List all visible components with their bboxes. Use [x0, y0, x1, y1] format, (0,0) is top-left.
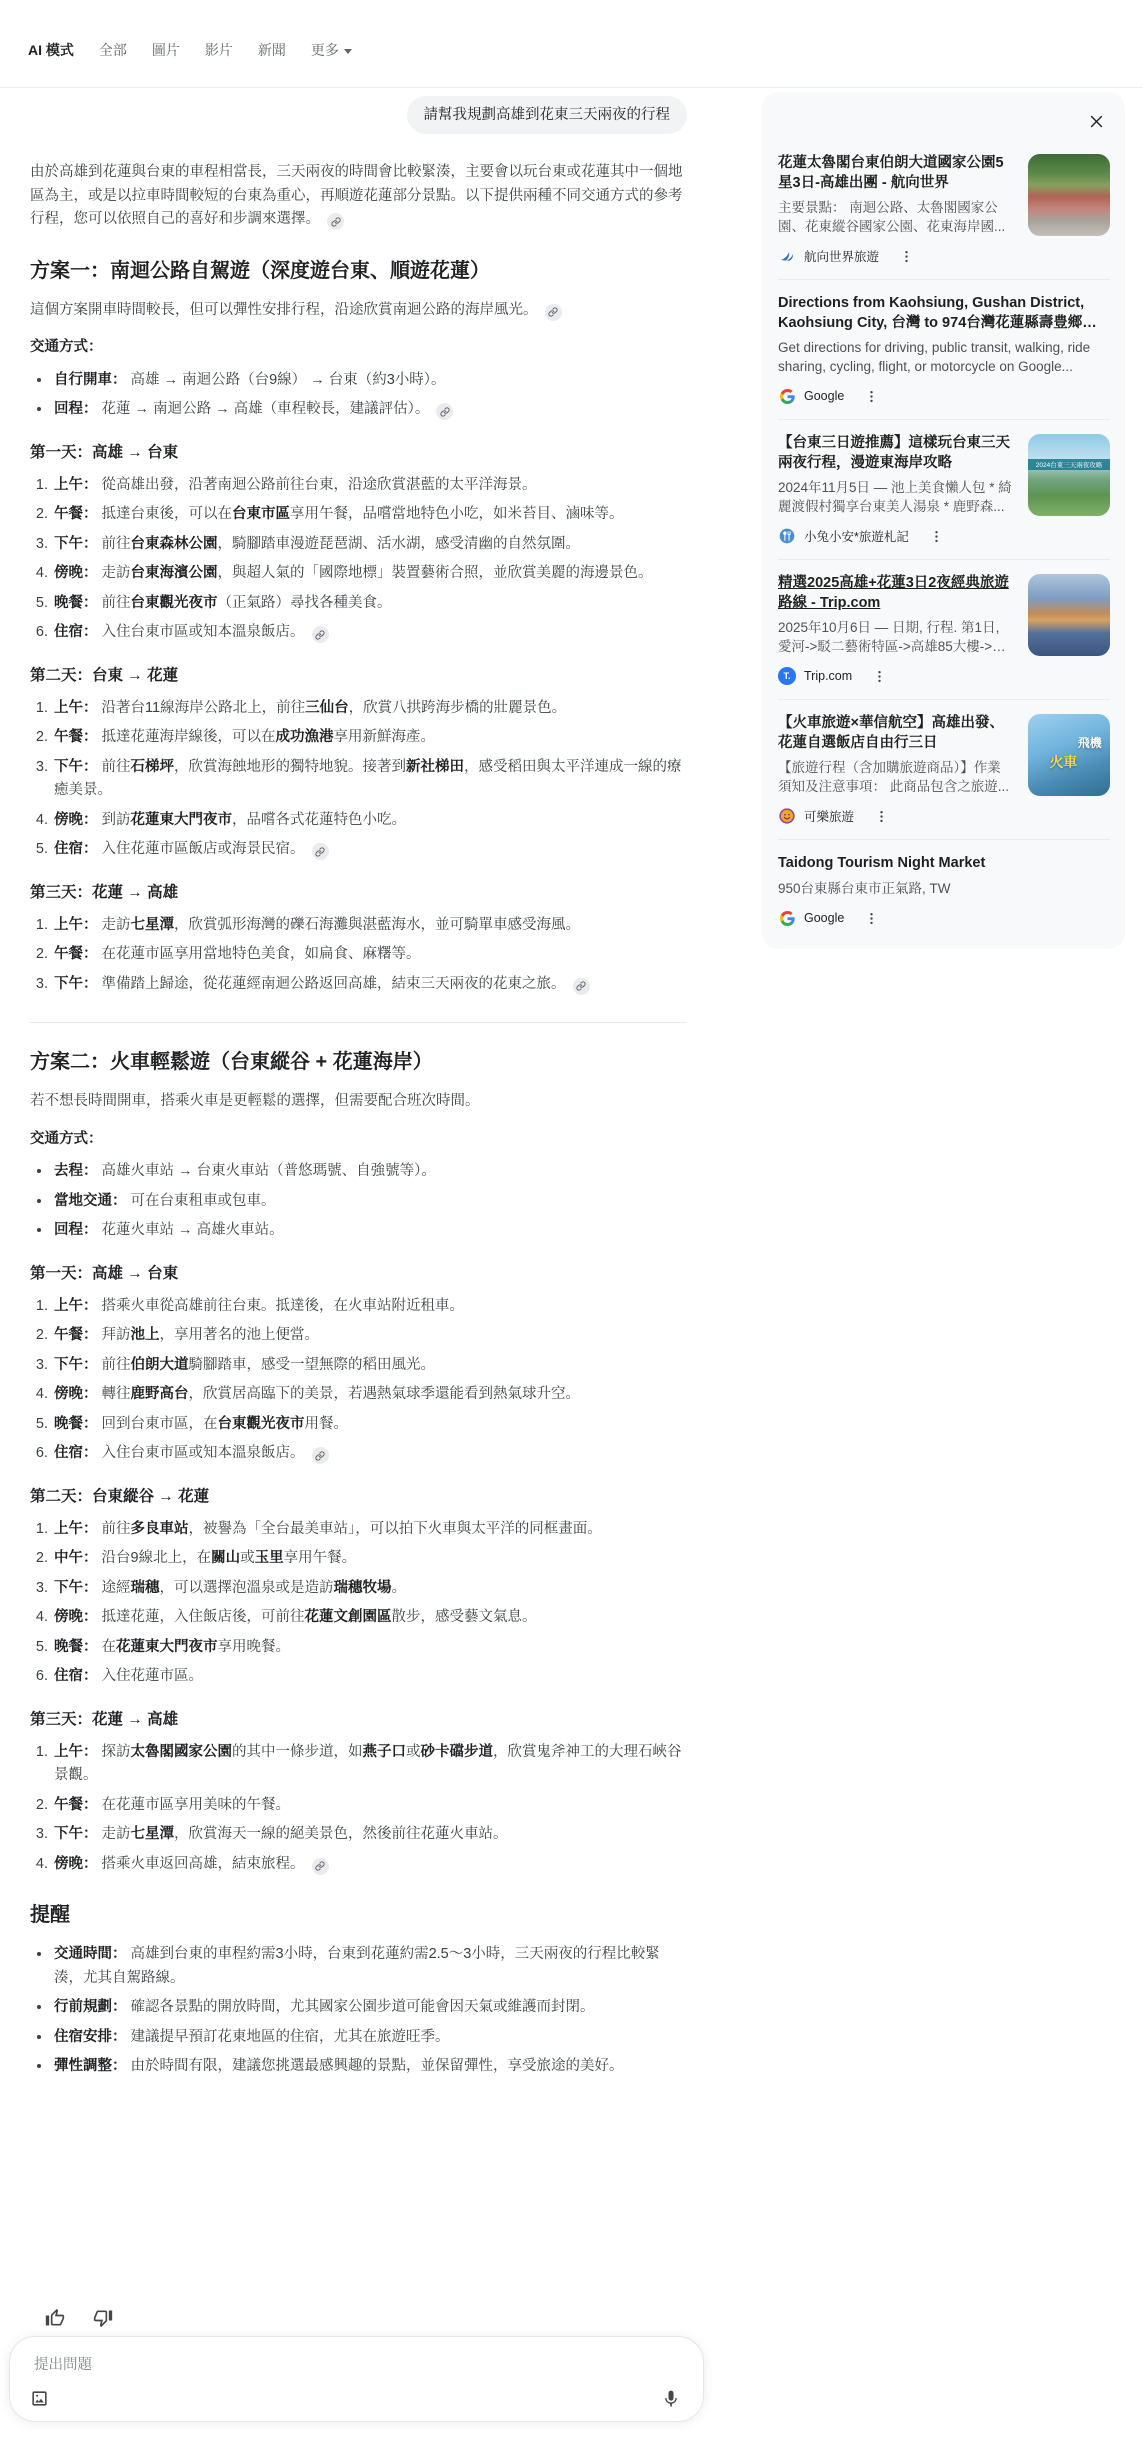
card-source-row: 可樂旅遊: [778, 807, 1014, 825]
bunny-logo-icon: [778, 527, 796, 545]
text: 用餐。: [305, 1416, 349, 1432]
text: 在花蓮市區享用當地特色美食，如扁食、麻糬等。: [98, 946, 421, 962]
list-item: 下午： 準備踏上歸途，從花蓮經南迴公路返回高雄，結束三天兩夜的花東之旅。: [52, 973, 687, 997]
text: ，享用著名的池上便當。: [160, 1327, 320, 1343]
text: 入住台東市區或知本溫泉飯店。: [98, 1445, 305, 1461]
bold-text: 玉里: [255, 1550, 284, 1566]
source-link-icon[interactable]: [312, 626, 329, 643]
text: 入住台東市區或知本溫泉飯店。: [98, 624, 305, 640]
list-item: 午餐： 抵達花蓮海岸線後，可以在成功漁港享用新鮮海產。: [52, 726, 687, 750]
text: 享用晚餐。: [218, 1639, 291, 1655]
bold-text: 台東觀光夜市: [131, 595, 218, 611]
answer: 由於高雄到花蓮與台東的車程相當長，三天兩夜的時間會比較緊湊，主要會以玩台東或花蓮…: [30, 161, 687, 2079]
text: 途經: [98, 1580, 131, 1596]
section-divider: [30, 1022, 687, 1023]
day-heading: 第二天：台東縱谷 → 花蓮: [30, 1486, 687, 1508]
list-item: 下午： 途經瑞穗，可以選擇泡溫泉或是造訪瑞穗牧場。: [52, 1577, 687, 1601]
list-item: 住宿： 入住花蓮市區飯店或海景民宿。: [52, 838, 687, 862]
list-item: 傍晚： 轉往鹿野高台，欣賞居高臨下的美景，若遇熱氣球季還能看到熱氣球升空。: [52, 1383, 687, 1407]
bold-text: 上午：: [54, 477, 98, 493]
text: ，欣賞海天一線的絕美景色，然後前往花蓮火車站。: [174, 1826, 508, 1842]
numbered-list: 上午： 搭乘火車從高雄前往台東。抵達後，在火車站附近租車。午餐： 拜訪池上，享用…: [30, 1295, 687, 1466]
list-item: 傍晚： 抵達花蓮，入住飯店後，可前往花蓮文創園區散步，感受藝文氣息。: [52, 1606, 687, 1630]
bold-text: 住宿：: [54, 1668, 98, 1684]
nav-tab-6[interactable]: 更多: [311, 40, 352, 60]
text: 享用午餐，品嚐當地特色小吃，如米苔目、滷味等。: [290, 506, 624, 522]
card-thumbnail[interactable]: 2024台東三天兩夜攻略: [1028, 434, 1110, 516]
source-name: 航向世界旅遊: [804, 247, 879, 265]
card-source-row: 小兔小安*旅遊札記: [778, 527, 1014, 545]
list-item: 下午： 前往石梯坪，欣賞海蝕地形的獨特地貌。接著到新社梯田，感受稻田與太平洋連成…: [52, 756, 687, 803]
thumbnail-caption: 2024台東三天兩夜攻略: [1028, 459, 1110, 470]
source-name: Google: [804, 911, 844, 925]
bold-text: 傍晚：: [54, 1856, 98, 1872]
text: 。: [392, 1580, 407, 1596]
text: 走訪: [98, 917, 131, 933]
mic-icon[interactable]: [661, 2389, 681, 2409]
card-title[interactable]: 【火車旅遊×華信航空】高雄出發、花蓮自選飯店自由行三日: [778, 714, 1014, 753]
sail-logo-icon: [778, 247, 796, 265]
numbered-list: 上午： 沿著台11線海岸公路北上，前往三仙台，欣賞八拱跨海步橋的壯麗景色。午餐：…: [30, 697, 687, 862]
close-icon[interactable]: [1085, 110, 1107, 132]
text: ，品嚐各式花蓮特色小吃。: [232, 812, 406, 828]
list-item: 傍晚： 搭乘火車返回高雄，結束旅程。: [52, 1853, 687, 1877]
bullet-list: 去程： 高雄火車站 → 台東火車站（普悠瑪號、自強號等）。當地交通： 可在台東租…: [30, 1160, 687, 1243]
text: 享用午餐。: [284, 1550, 357, 1566]
text: 準備踏上歸途，從花蓮經南迴公路返回高雄，結束三天兩夜的花東之旅。: [98, 976, 566, 992]
bold-text: 池上: [131, 1327, 160, 1343]
bold-text: 上午：: [54, 917, 98, 933]
list-item: 住宿： 入住台東市區或知本溫泉飯店。: [52, 621, 687, 645]
list-item: 傍晚： 走訪台東海濱公園，與超人氣的「國際地標」裝置藝術合照，並欣賞美麗的海邊景…: [52, 562, 687, 586]
bold-text: 上午：: [54, 700, 98, 716]
list-item: 行前規劃： 確認各景點的開放時間，尤其國家公園步道可能會因天氣或維護而封閉。: [52, 1996, 687, 2020]
ask-input[interactable]: [32, 2351, 636, 2385]
user-query-bubble: 請幫我規劃高雄到花東三天兩夜的行程: [407, 96, 688, 134]
bold-text: 彈性調整：: [54, 2058, 127, 2074]
bold-text: 晚餐：: [54, 1639, 98, 1655]
card-description: 【旅遊行程（含加購旅遊商品）】作業須知及注意事項： 此商品包含之旅遊...: [778, 759, 1014, 796]
bold-text: 住宿：: [54, 841, 98, 857]
text: 前往: [98, 759, 131, 775]
card-source-row: T.Trip.com: [778, 667, 1014, 685]
list-item: 中午： 沿台9線北上，在關山或玉里享用午餐。: [52, 1547, 687, 1571]
list-item: 上午： 前往多良車站，被譽為「全台最美車站」，可以拍下火車與太平洋的同框畫面。: [52, 1518, 687, 1542]
text: 入住花蓮市區飯店或海景民宿。: [98, 841, 305, 857]
text: ，欣賞居高臨下的美景，若遇熱氣球季還能看到熱氣球升空。: [189, 1386, 581, 1402]
bold-text: 當地交通：: [54, 1193, 127, 1209]
bold-text: 住宿安排：: [54, 2029, 127, 2045]
text: （正氣路）尋找各種美食。: [218, 595, 392, 611]
result-card[interactable]: Taidong Tourism Night Market950台東縣台東市正氣路…: [762, 840, 1125, 941]
source-link-icon[interactable]: [312, 1858, 329, 1875]
bold-text: 成功漁港: [276, 729, 334, 745]
text: 抵達花蓮海岸線後，可以在: [98, 729, 276, 745]
numbered-list: 上午： 前往多良車站，被譽為「全台最美車站」，可以拍下火車與太平洋的同框畫面。中…: [30, 1518, 687, 1689]
bullet-list: 自行開車： 高雄 → 南迴公路（台9線） → 台東（約3小時）。回程： 花蓮 →…: [30, 369, 687, 422]
bold-text: 午餐：: [54, 506, 98, 522]
card-thumbnail[interactable]: [1028, 154, 1110, 236]
plan-heading: 方案二：火車輕鬆遊（台東縱谷 + 花蓮海岸）: [30, 1049, 687, 1076]
source-name: 可樂旅遊: [804, 807, 854, 825]
sidebar-panel: 花蓮太魯閣台東伯朗大道國家公園5星3日-高雄出團 - 航向世界主要景點： 南迴公…: [762, 92, 1125, 949]
day-heading: 第二天：台東 → 花蓮: [30, 665, 687, 687]
text: 抵達花蓮，入住飯店後，可前往: [98, 1609, 305, 1625]
numbered-list: 上午： 走訪七星潭，欣賞弧形海灣的礫石海灘與湛藍海水，並可騎單車感受海風。午餐：…: [30, 914, 687, 997]
bold-text: 午餐：: [54, 1797, 98, 1813]
thumbnail-text-top: 飛機: [1078, 734, 1102, 751]
query-row: 請幫我規劃高雄到花東三天兩夜的行程: [30, 96, 687, 134]
nav-tab-3[interactable]: 圖片: [152, 40, 180, 60]
text: 前往: [98, 1357, 131, 1373]
text: 花蓮火車站 → 高雄火車站。: [98, 1222, 284, 1238]
list-item: 午餐： 在花蓮市區享用當地特色美食，如扁食、麻糬等。: [52, 943, 687, 967]
text: 花蓮 → 南迴公路 → 高雄（車程較長，建議評估）。: [98, 401, 430, 417]
text: 入住花蓮市區。: [98, 1668, 204, 1684]
bold-text: 住宿：: [54, 1445, 98, 1461]
bold-text: 去程：: [54, 1163, 98, 1179]
bold-text: 台東市區: [232, 506, 290, 522]
bold-text: 交通時間：: [54, 1946, 127, 1962]
bold-text: 下午：: [54, 1826, 98, 1842]
more-options-icon[interactable]: [864, 389, 879, 404]
bold-text: 午餐：: [54, 1327, 98, 1343]
text: 享用新鮮海產。: [334, 729, 436, 745]
bullet-list: 交通時間： 高雄到台東的車程約需3小時，台東到花蓮約需2.5～3小時，三天兩夜的…: [30, 1943, 687, 2079]
list-item: 傍晚： 到訪花蓮東大門夜市，品嚐各式花蓮特色小吃。: [52, 809, 687, 833]
day-heading: 第三天：花蓮 → 高雄: [30, 1709, 687, 1731]
bold-text: 自行開車：: [54, 372, 127, 388]
more-options-icon[interactable]: [929, 529, 944, 544]
thumbnail-text-bottom: 火車: [1049, 752, 1077, 772]
text: 到訪: [98, 812, 131, 828]
source-name: Trip.com: [804, 669, 852, 683]
card-source-row: Google: [778, 387, 1110, 405]
card-title[interactable]: 精選2025高雄+花蓮3日2夜經典旅遊路線 - Trip.com: [778, 574, 1014, 613]
plan-heading: 提醒: [30, 1902, 687, 1929]
text: ，欣賞弧形海灣的礫石海灘與湛藍海水，並可騎單車感受海風。: [174, 917, 580, 933]
list-item: 午餐： 拜訪池上，享用著名的池上便當。: [52, 1324, 687, 1348]
list-item: 午餐： 抵達台東後，可以在台東市區享用午餐，品嚐當地特色小吃，如米苔目、滷味等。: [52, 503, 687, 527]
text: 轉往: [98, 1386, 131, 1402]
text: 建議提早預訂花東地區的住宿，尤其在旅遊旺季。: [127, 2029, 450, 2045]
bold-text: 上午：: [54, 1521, 98, 1537]
thumbs-up-icon[interactable]: [45, 2308, 65, 2328]
result-card[interactable]: 【火車旅遊×華信航空】高雄出發、花蓮自選飯店自由行三日【旅遊行程（含加購旅遊商品…: [762, 700, 1125, 839]
bold-text: 多良車站: [131, 1521, 189, 1537]
card-source-row: 航向世界旅遊: [778, 247, 1014, 265]
nav-tab-2[interactable]: 全部: [99, 40, 127, 60]
text: 探訪: [98, 1744, 131, 1760]
more-options-icon[interactable]: [874, 809, 889, 824]
text: 沿台9線北上，在: [98, 1550, 212, 1566]
card-title[interactable]: 花蓮太魯閣台東伯朗大道國家公園5星3日-高雄出團 - 航向世界: [778, 154, 1014, 193]
day-heading: 第一天：高雄 → 台東: [30, 1263, 687, 1285]
google-logo-icon: [778, 387, 796, 405]
text: 前往: [98, 536, 131, 552]
card-title[interactable]: 【台東三日遊推薦】這樣玩台東三天兩夜行程，漫遊東海岸攻略: [778, 434, 1014, 473]
source-link-icon[interactable]: [545, 304, 562, 321]
bold-text: 午餐：: [54, 946, 98, 962]
list-item: 上午： 從高雄出發，沿著南迴公路前往台東，沿途欣賞湛藍的太平洋海景。: [52, 474, 687, 498]
list-item: 當地交通： 可在台東租車或包車。: [52, 1190, 687, 1214]
text: ，騎腳踏車漫遊琵琶湖、活水湖，感受清幽的自然氛圍。: [218, 536, 581, 552]
card-title[interactable]: Taidong Tourism Night Market: [778, 854, 1110, 874]
list-item: 去程： 高雄火車站 → 台東火車站（普悠瑪號、自強號等）。: [52, 1160, 687, 1184]
numbered-list: 上午： 從高雄出發，沿著南迴公路前往台東，沿途欣賞湛藍的太平洋海景。午餐： 抵達…: [30, 474, 687, 645]
answer-paragraph: 由於高雄到花蓮與台東的車程相當長，三天兩夜的時間會比較緊湊，主要會以玩台東或花蓮…: [30, 161, 687, 232]
bold-text: 七星潭: [131, 917, 175, 933]
bold-text: 晚餐：: [54, 1416, 98, 1432]
list-item: 下午： 走訪七星潭，欣賞海天一線的絕美景色，然後前往花蓮火車站。: [52, 1823, 687, 1847]
list-item: 住宿： 入住花蓮市區。: [52, 1665, 687, 1689]
bold-text: 傍晚：: [54, 812, 98, 828]
text: 搭乘火車返回高雄，結束旅程。: [98, 1856, 305, 1872]
text: 可在台東租車或包車。: [127, 1193, 276, 1209]
bold-text: 台東森林公園: [131, 536, 218, 552]
bold-text: 石梯坪: [131, 759, 175, 775]
bold-text: 下午：: [54, 976, 98, 992]
plan-heading: 方案一：南迴公路自駕遊（深度遊台東、順遊花蓮）: [30, 258, 687, 285]
feedback-row: [45, 2308, 113, 2328]
caret-down-icon: [344, 49, 352, 54]
source-link-icon[interactable]: [312, 1447, 329, 1464]
text: 確認各景點的開放時間，尤其國家公園步道可能會因天氣或維護而封閉。: [127, 1999, 595, 2015]
text: 騎腳踏車，感受一望無際的稻田風光。: [189, 1357, 436, 1373]
more-options-icon[interactable]: [899, 249, 914, 264]
text: 散步，感受藝文氣息。: [392, 1609, 537, 1625]
result-card[interactable]: 【台東三日遊推薦】這樣玩台東三天兩夜行程，漫遊東海岸攻略2024年11月5日 —…: [762, 420, 1125, 559]
text: ，被譽為「全台最美車站」，可以拍下火車與太平洋的同框畫面。: [189, 1521, 602, 1537]
card-title[interactable]: Directions from Kaohsiung, Gushan Distri…: [778, 294, 1110, 333]
bold-text: 下午：: [54, 759, 98, 775]
bold-text: 下午：: [54, 536, 98, 552]
list-label: 交通方式：: [30, 1128, 687, 1152]
list-item: 自行開車： 高雄 → 南迴公路（台9線） → 台東（約3小時）。: [52, 369, 687, 393]
text: 前往: [98, 1521, 131, 1537]
nav-divider: [0, 87, 1143, 88]
list-item: 上午： 走訪七星潭，欣賞弧形海灣的礫石海灘與湛藍海水，並可騎單車感受海風。: [52, 914, 687, 938]
text: 回到台東市區，在: [98, 1416, 218, 1432]
add-image-icon[interactable]: [30, 2389, 49, 2408]
bold-text: 花蓮東大門夜市: [131, 812, 233, 828]
bold-text: 住宿：: [54, 624, 98, 640]
source-name: 小兔小安*旅遊札記: [804, 527, 909, 545]
bold-text: 台東觀光夜市: [218, 1416, 305, 1432]
card-description: 主要景點： 南迴公路、太魯閣國家公園、花東縱谷國家公園、花東海岸國...: [778, 199, 1014, 236]
bold-text: 上午：: [54, 1298, 98, 1314]
text: 在: [98, 1639, 117, 1655]
bold-text: 新社梯田: [406, 759, 464, 775]
bold-text: 台東海濱公園: [131, 565, 218, 581]
text: 前往: [98, 595, 131, 611]
result-card[interactable]: 花蓮太魯閣台東伯朗大道國家公園5星3日-高雄出團 - 航向世界主要景點： 南迴公…: [762, 140, 1125, 279]
text: 或: [240, 1550, 255, 1566]
text: 拜訪: [98, 1327, 131, 1343]
bold-text: 傍晚：: [54, 565, 98, 581]
cola-logo-icon: [778, 807, 796, 825]
bold-text: 砂卡礑步道: [421, 1744, 494, 1760]
card-thumbnail[interactable]: 飛機火車: [1028, 714, 1110, 796]
numbered-list: 上午： 探訪太魯閣國家公園的其中一條步道，如燕子口或砂卡礑步道，欣賞鬼斧神工的大…: [30, 1741, 687, 1877]
card-thumbnail[interactable]: [1028, 574, 1110, 656]
result-card[interactable]: 精選2025高雄+花蓮3日2夜經典旅遊路線 - Trip.com2025年10月…: [762, 560, 1125, 699]
ask-box[interactable]: [9, 2336, 704, 2422]
bold-text: 行前規劃：: [54, 1999, 127, 2015]
bold-text: 回程：: [54, 401, 98, 417]
nav-tab-5[interactable]: 新聞: [258, 40, 286, 60]
bold-text: 燕子口: [363, 1744, 407, 1760]
more-options-icon[interactable]: [864, 911, 879, 926]
card-description: Get directions for driving, public trans…: [778, 339, 1110, 376]
text: 高雄火車站 → 台東火車站（普悠瑪號、自強號等）。: [98, 1163, 436, 1179]
text: 由於高雄到花蓮與台東的車程相當長，三天兩夜的時間會比較緊湊，主要會以玩台東或花蓮…: [30, 164, 683, 227]
source-link-icon[interactable]: [436, 403, 453, 420]
main-column: 請幫我規劃高雄到花東三天兩夜的行程 由於高雄到花蓮與台東的車程相當長，三天兩夜的…: [30, 96, 687, 2093]
text: 或: [406, 1744, 421, 1760]
bold-text: 晚餐：: [54, 595, 98, 611]
text: 的其中一條步道，如: [232, 1744, 363, 1760]
trip-logo-icon: T.: [778, 667, 796, 685]
nav-tab-4[interactable]: 影片: [205, 40, 233, 60]
source-link-icon[interactable]: [327, 213, 344, 230]
more-options-icon[interactable]: [872, 669, 887, 684]
bold-text: 傍晚：: [54, 1609, 98, 1625]
bold-text: 三仙台: [305, 700, 349, 716]
list-item: 住宿安排： 建議提早預訂花東地區的住宿，尤其在旅遊旺季。: [52, 2026, 687, 2050]
bold-text: 下午：: [54, 1357, 98, 1373]
card-description: 950台東縣台東市正氣路, TW: [778, 880, 1110, 899]
bold-text: 午餐：: [54, 729, 98, 745]
card-description: 2025年10月6日 — 日期, 行程. 第1日, 愛河->駁二藝術特區->高雄…: [778, 619, 1014, 656]
text: 這個方案開車時間較長，但可以彈性安排行程，沿途欣賞南迴公路的海岸風光。: [30, 302, 538, 318]
text: 沿著台11線海岸公路北上，前往: [98, 700, 306, 716]
card-description: 2024年11月5日 — 池上美食懶人包 * 綺麗渡假村獨享台東美人湯泉 * 鹿…: [778, 479, 1014, 516]
text: ，欣賞八拱跨海步橋的壯麗景色。: [349, 700, 567, 716]
text: 若不想長時間開車，搭乘火車是更輕鬆的選擇，但需要配合班次時間。: [30, 1093, 480, 1109]
day-heading: 第一天：高雄 → 台東: [30, 442, 687, 464]
bold-text: 花蓮東大門夜市: [116, 1639, 218, 1655]
text: 搭乘火車從高雄前往台東。抵達後，在火車站附近租車。: [98, 1298, 465, 1314]
google-logo-icon: [778, 909, 796, 927]
bold-text: 七星潭: [131, 1826, 175, 1842]
text: ，可以選擇泡溫泉或是造訪: [160, 1580, 334, 1596]
list-label: 交通方式：: [30, 336, 687, 360]
bold-text: 瑞穗: [131, 1580, 160, 1596]
source-link-icon[interactable]: [312, 843, 329, 860]
source-name: Google: [804, 389, 844, 403]
list-item: 上午： 探訪太魯閣國家公園的其中一條步道，如燕子口或砂卡礑步道，欣賞鬼斧神工的大…: [52, 1741, 687, 1788]
bold-text: 花蓮文創園區: [305, 1609, 392, 1625]
text: ，與超人氣的「國際地標」裝置藝術合照，並欣賞美麗的海邊景色。: [218, 565, 653, 581]
nav-tab-1[interactable]: AI 模式: [28, 40, 74, 60]
day-heading: 第三天：花蓮 → 高雄: [30, 882, 687, 904]
answer-paragraph: 若不想長時間開車，搭乘火車是更輕鬆的選擇，但需要配合班次時間。: [30, 1090, 687, 1114]
text: 高雄到台東的車程約需3小時，台東到花蓮約需2.5～3小時，三天兩夜的行程比較緊湊…: [54, 1946, 660, 1986]
result-card[interactable]: Directions from Kaohsiung, Gushan Distri…: [762, 280, 1125, 419]
list-item: 住宿： 入住台東市區或知本溫泉飯店。: [52, 1442, 687, 1466]
sidebar-cards: 花蓮太魯閣台東伯朗大道國家公園5星3日-高雄出團 - 航向世界主要景點： 南迴公…: [762, 140, 1125, 941]
list-item: 回程： 花蓮火車站 → 高雄火車站。: [52, 1219, 687, 1243]
list-item: 晚餐： 回到台東市區，在台東觀光夜市用餐。: [52, 1413, 687, 1437]
list-item: 上午： 沿著台11線海岸公路北上，前往三仙台，欣賞八拱跨海步橋的壯麗景色。: [52, 697, 687, 721]
text: 在花蓮市區享用美味的午餐。: [98, 1797, 291, 1813]
bold-text: 太魯閣國家公園: [131, 1744, 233, 1760]
thumbs-down-icon[interactable]: [93, 2308, 113, 2328]
list-item: 晚餐： 在花蓮東大門夜市享用晚餐。: [52, 1636, 687, 1660]
bold-text: 鹿野高台: [131, 1386, 189, 1402]
text: 從高雄出發，沿著南迴公路前往台東，沿途欣賞湛藍的太平洋海景。: [98, 477, 537, 493]
answer-paragraph: 這個方案開車時間較長，但可以彈性安排行程，沿途欣賞南迴公路的海岸風光。: [30, 299, 687, 323]
text: 由於時間有限，建議您挑選最感興趣的景點，並保留彈性，享受旅途的美好。: [127, 2058, 624, 2074]
bold-text: 下午：: [54, 1580, 98, 1596]
bold-text: 瑞穗牧場: [334, 1580, 392, 1596]
list-item: 彈性調整： 由於時間有限，建議您挑選最感興趣的景點，並保留彈性，享受旅途的美好。: [52, 2055, 687, 2079]
source-link-icon[interactable]: [573, 978, 590, 995]
bold-text: 伯朗大道: [131, 1357, 189, 1373]
top-nav: AI 模式全部圖片影片新聞更多: [28, 40, 352, 60]
text: 高雄 → 南迴公路（台9線） → 台東（約3小時）。: [127, 372, 446, 388]
bold-text: 關山: [211, 1550, 240, 1566]
text: 抵達台東後，可以在: [98, 506, 233, 522]
text: 走訪: [98, 565, 131, 581]
list-item: 下午： 前往台東森林公園，騎腳踏車漫遊琵琶湖、活水湖，感受清幽的自然氛圍。: [52, 533, 687, 557]
text: 走訪: [98, 1826, 131, 1842]
list-item: 晚餐： 前往台東觀光夜市（正氣路）尋找各種美食。: [52, 592, 687, 616]
list-item: 回程： 花蓮 → 南迴公路 → 高雄（車程較長，建議評估）。: [52, 398, 687, 422]
bold-text: 上午：: [54, 1744, 98, 1760]
list-item: 上午： 搭乘火車從高雄前往台東。抵達後，在火車站附近租車。: [52, 1295, 687, 1319]
text: ，欣賞海蝕地形的獨特地貌。接著到: [174, 759, 406, 775]
list-item: 下午： 前往伯朗大道騎腳踏車，感受一望無際的稻田風光。: [52, 1354, 687, 1378]
bold-text: 中午：: [54, 1550, 98, 1566]
bold-text: 傍晚：: [54, 1386, 98, 1402]
list-item: 午餐： 在花蓮市區享用美味的午餐。: [52, 1794, 687, 1818]
sidebar-header: [762, 104, 1125, 140]
list-item: 交通時間： 高雄到台東的車程約需3小時，台東到花蓮約需2.5～3小時，三天兩夜的…: [52, 1943, 687, 1990]
bold-text: 回程：: [54, 1222, 98, 1238]
card-source-row: Google: [778, 909, 1110, 927]
